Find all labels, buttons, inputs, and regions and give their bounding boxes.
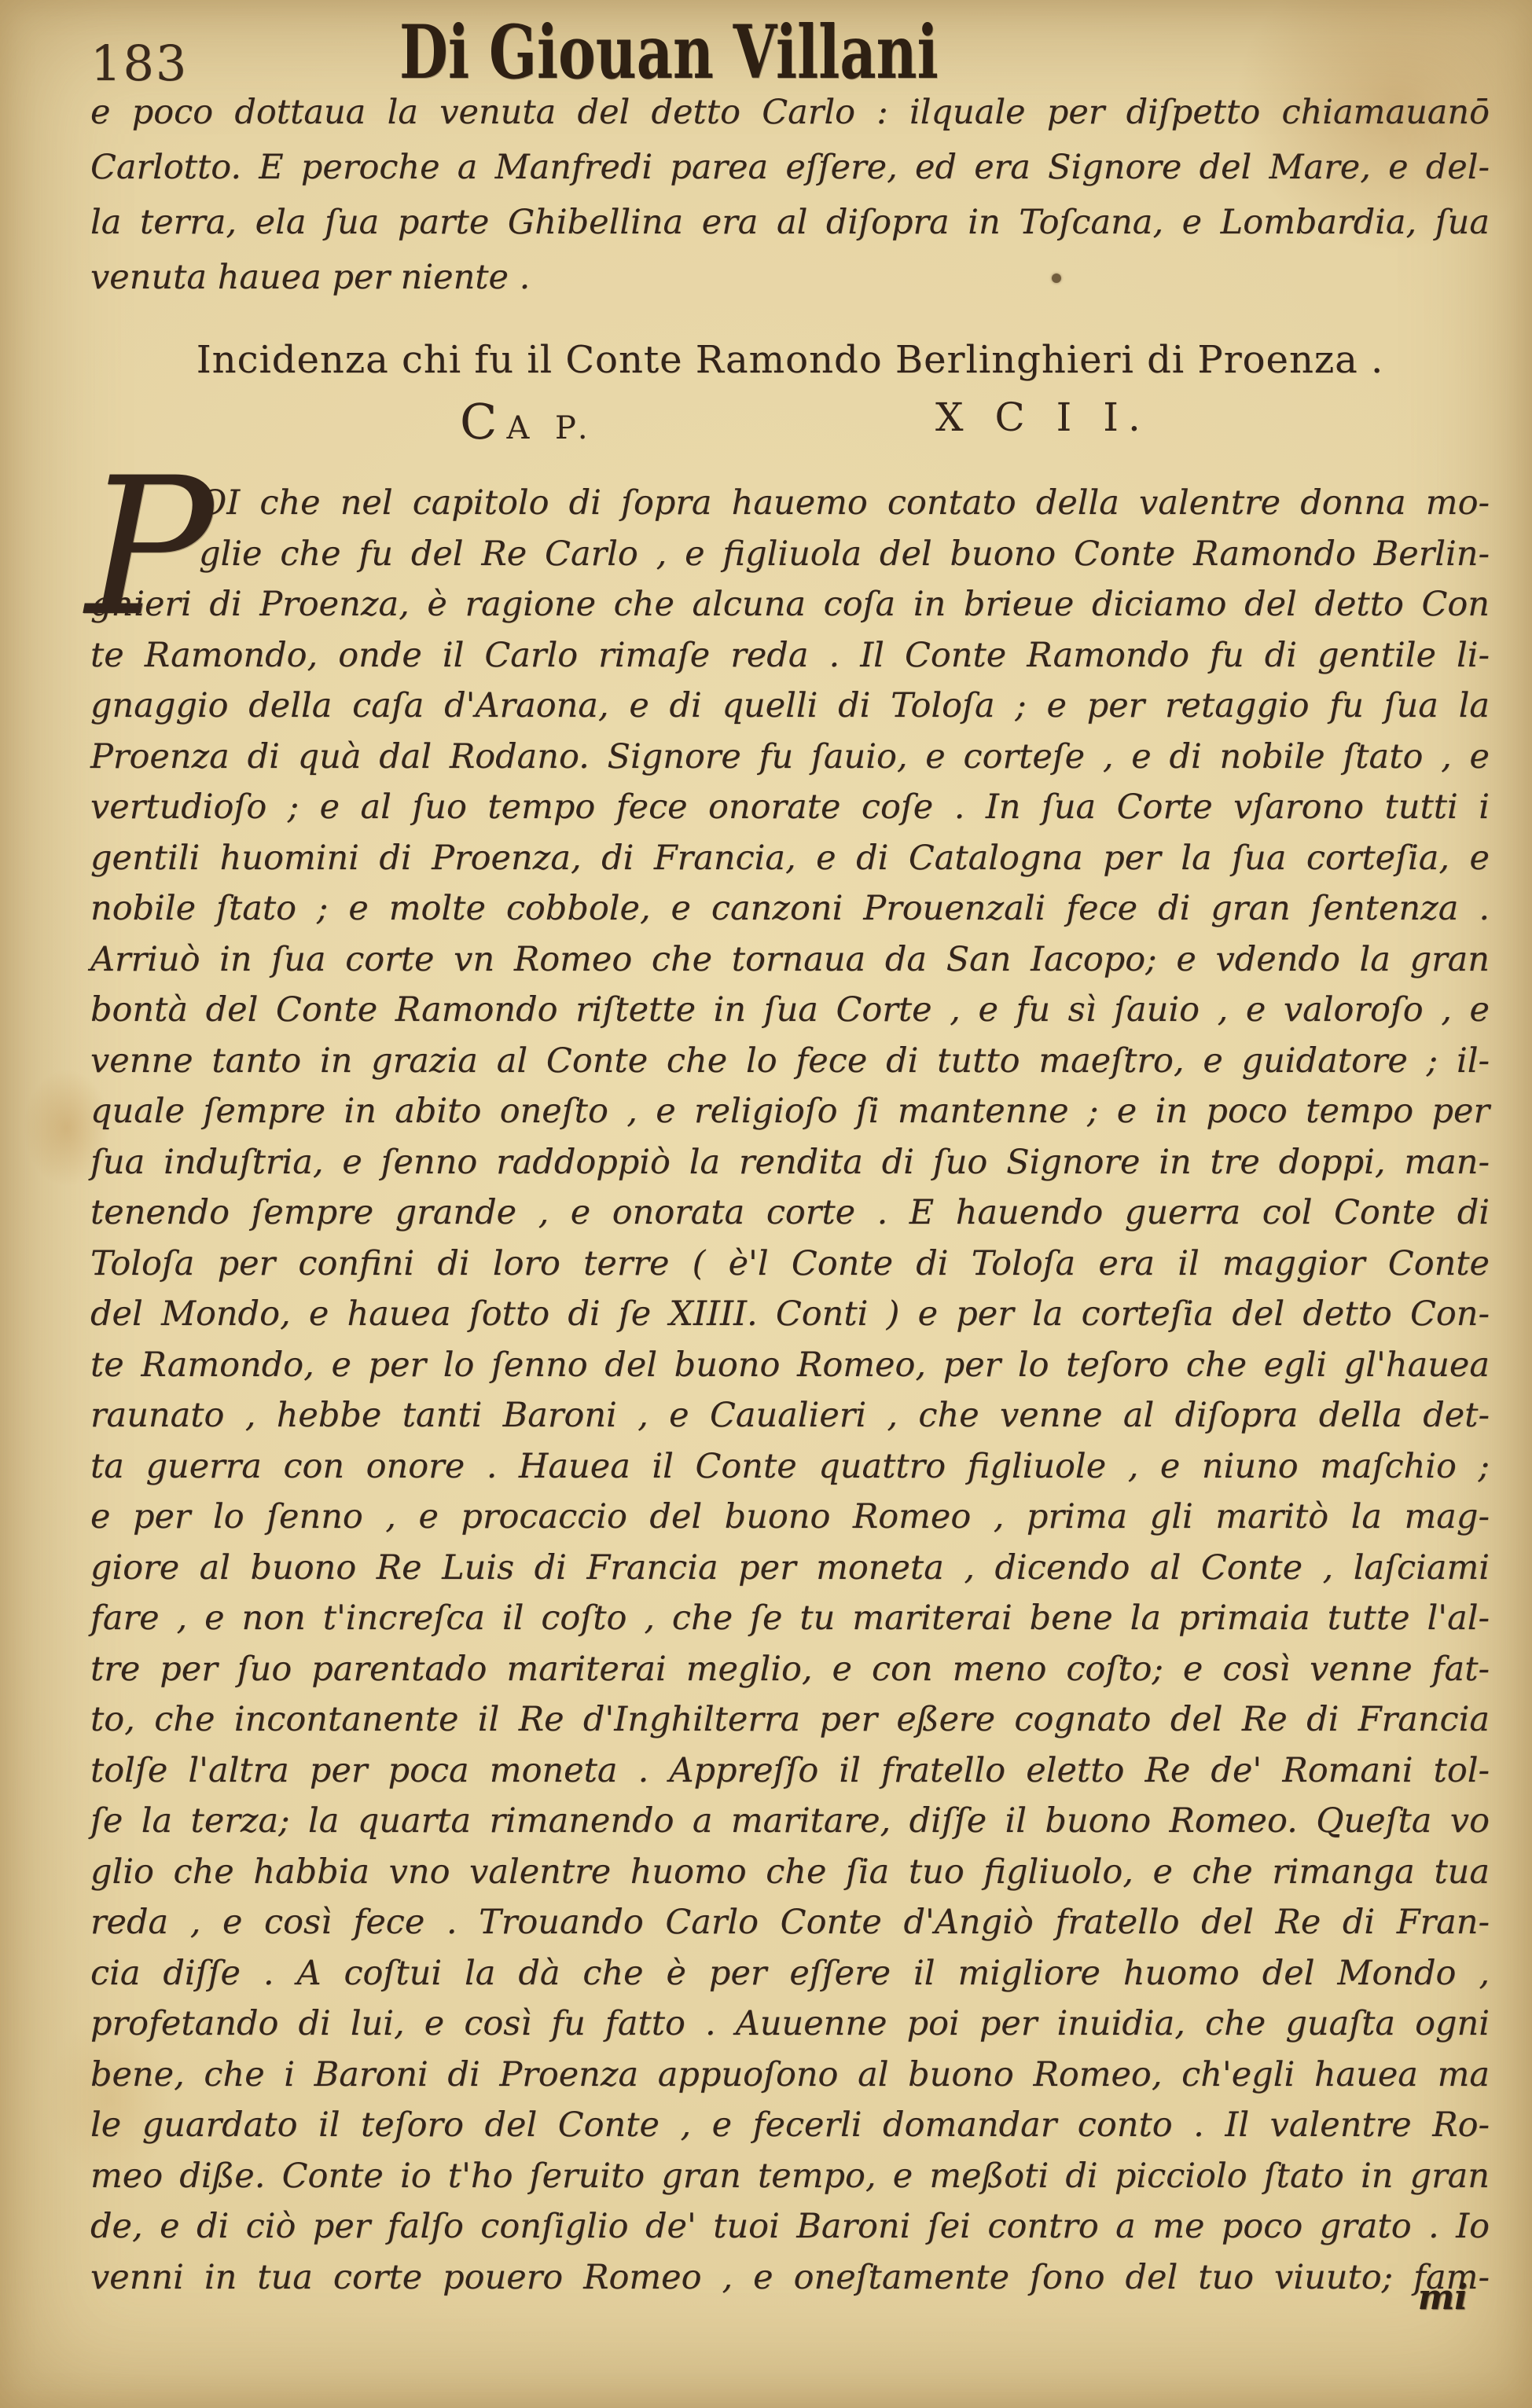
text-line: de, e di ciò per falſo conſiglio de' tuo… bbox=[90, 2201, 1490, 2252]
text-line: Arriuò in ſua corte vn Romeo che tornaua… bbox=[90, 934, 1490, 986]
text-line: del Mondo, e hauea ſotto di ſe XIIII. Co… bbox=[90, 1289, 1490, 1340]
text-line: Proenza di quà dal Rodano. Signore fu ſa… bbox=[90, 732, 1490, 783]
text-line: la terra, ela ſua parte Ghibellina era a… bbox=[90, 195, 1490, 250]
text-line: glie che fu del Re Carlo , e figliuola d… bbox=[199, 529, 1490, 580]
text-line: bontà del Conte Ramondo riſtette in ſua … bbox=[90, 985, 1490, 1036]
text-line: tenendo ſempre grande , e onorata corte … bbox=[90, 1187, 1490, 1239]
text-line: quale ſempre in abito oneſto , e religio… bbox=[90, 1086, 1490, 1137]
text-line: e poco dottaua la venuta del detto Carlo… bbox=[90, 85, 1490, 140]
text-line: ſua induſtria, e ſenno raddoppiò la rend… bbox=[90, 1137, 1490, 1188]
text-line: Carlotto. E peroche a Manfredi parea eſſ… bbox=[90, 140, 1490, 195]
cap-rest: A P. bbox=[506, 410, 595, 446]
text-line: profetando di lui, e così fu fatto . Auu… bbox=[90, 1999, 1490, 2050]
chapter-cap-row: CA P. X C I I. bbox=[90, 393, 1490, 448]
chapter-cap-label: CA P. bbox=[460, 393, 596, 450]
text-line: ghieri di Proenza, è ragione che alcuna … bbox=[90, 579, 1490, 630]
body-paragraph: P OI che nel capitolo di ſopra hauemo co… bbox=[90, 478, 1490, 2303]
text-line: reda , e così fece . Trouando Carlo Cont… bbox=[90, 1897, 1490, 1948]
text-line: te Ramondo, onde il Carlo rimaſe reda . … bbox=[90, 630, 1490, 681]
chapter-heading: Incidenza chi fu il Conte Ramondo Berlin… bbox=[90, 338, 1490, 382]
text-line: cia diſſe . A coſtui la dà che è per eſſ… bbox=[90, 1948, 1490, 1999]
drop-cap-indented-lines: OI che nel capitolo di ſopra hauemo cont… bbox=[90, 478, 1490, 579]
intro-paragraph: e poco dottaua la venuta del detto Carlo… bbox=[90, 85, 1490, 305]
drop-cap: P bbox=[86, 453, 214, 643]
text-line: fare , e non t'increſca il coſto , che ſ… bbox=[90, 1593, 1490, 1644]
text-line: venne tanto in grazia al Conte che lo fe… bbox=[90, 1036, 1490, 1087]
text-line: glio che habbia vno valentre huomo che ſ… bbox=[90, 1847, 1490, 1898]
text-line: vertudioſo ; e al ſuo tempo fece onorate… bbox=[90, 782, 1490, 833]
page-number: 183 bbox=[90, 35, 188, 92]
text-line: gentili huomini di Proenza, di Francia, … bbox=[90, 833, 1490, 884]
paragraph-lines: ghieri di Proenza, è ragione che alcuna … bbox=[90, 579, 1490, 2303]
text-line: Toloſa per confini di loro terre ( è'l C… bbox=[90, 1239, 1490, 1290]
page-title: Di Giouan Villani bbox=[399, 9, 1108, 96]
text-line: ta guerra con onore . Hauea il Conte qua… bbox=[90, 1441, 1490, 1492]
text-line: tolſe l'altra per poca moneta . Appreſſo… bbox=[90, 1745, 1490, 1797]
chapter-cap-number: X C I I. bbox=[935, 395, 1150, 440]
text-line: ſe la terza; la quarta rimanendo a marit… bbox=[90, 1796, 1490, 1847]
page-title-text: Di Giouan Villani bbox=[399, 9, 939, 96]
text-line: meo diße. Conte io t'ho ſeruito gran tem… bbox=[90, 2151, 1490, 2202]
cap-initial: C bbox=[460, 393, 506, 450]
text-line: tre per ſuo parentado mariterai meglio, … bbox=[90, 1644, 1490, 1695]
text-line: to, che incontanente il Re d'Inghilterra… bbox=[90, 1694, 1490, 1745]
text-line: gnaggio della caſa d'Araona, e di quelli… bbox=[90, 681, 1490, 732]
text-line: le guardato il teſoro del Conte , e fece… bbox=[90, 2100, 1490, 2151]
text-line: venuta hauea per niente . bbox=[90, 250, 1490, 305]
text-line: giore al buono Re Luis di Francia per mo… bbox=[90, 1543, 1490, 1594]
text-line: raunato , hebbe tanti Baroni , e Caualie… bbox=[90, 1390, 1490, 1441]
text-line: e per lo ſenno , e procaccio del buono R… bbox=[90, 1492, 1490, 1543]
text-line: nobile ſtato ; e molte cobbole, e canzon… bbox=[90, 883, 1490, 934]
book-page-scan: 183 Di Giouan Villani e poco dottaua la … bbox=[0, 0, 1532, 2408]
catchword: mi bbox=[90, 2278, 1490, 2318]
text-line: OI che nel capitolo di ſopra hauemo cont… bbox=[199, 478, 1490, 529]
text-line: bene, che i Baroni di Proenza appuoſono … bbox=[90, 2050, 1490, 2101]
text-line: te Ramondo, e per lo ſenno del buono Rom… bbox=[90, 1340, 1490, 1391]
